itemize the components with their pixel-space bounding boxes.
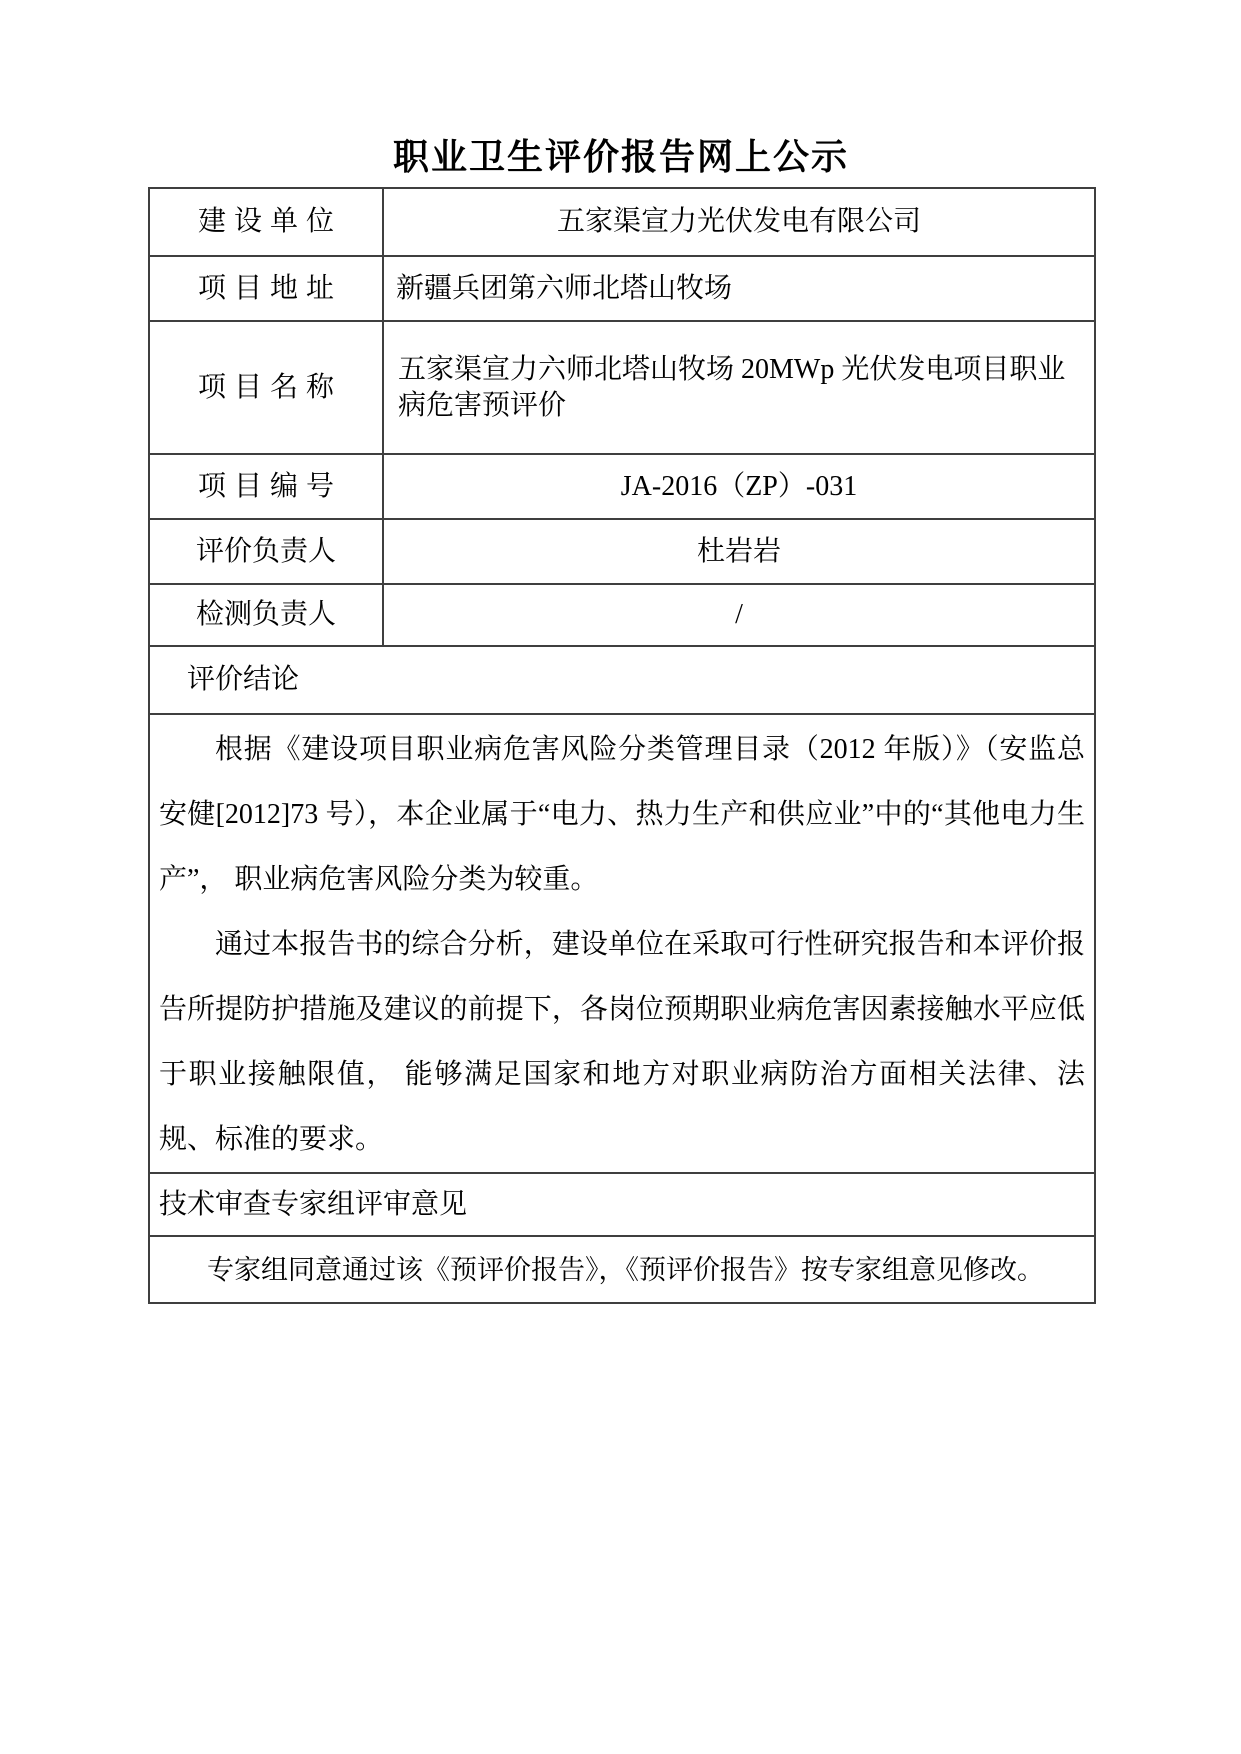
conclusion-section-header: 评价结论 xyxy=(149,646,1095,714)
field-label-testing-lead: 检测负责人 xyxy=(149,584,383,646)
table-row: 建设单位 五家渠宣力光伏发电有限公司 xyxy=(149,188,1095,256)
table-row: 根据《建设项目职业病危害风险分类管理目录（2012 年版）》（安监总安健[201… xyxy=(149,714,1095,1173)
field-value-testing-lead: / xyxy=(383,584,1095,646)
table-row: 项目名称 五家渠宣力六师北塔山牧场 20MWp 光伏发电项目职业病危害预评价 xyxy=(149,321,1095,454)
field-value-project-name: 五家渠宣力六师北塔山牧场 20MWp 光伏发电项目职业病危害预评价 xyxy=(383,321,1095,454)
document-title: 职业卫生评价报告网上公示 xyxy=(148,134,1094,180)
field-label-construction-unit: 建设单位 xyxy=(149,188,383,256)
field-label-evaluation-lead: 评价负责人 xyxy=(149,519,383,584)
field-value-construction-unit: 五家渠宣力光伏发电有限公司 xyxy=(383,188,1095,256)
expert-review-comment: 专家组同意通过该《预评价报告》，《预评价报告》按专家组意见修改。 xyxy=(159,1252,1094,1288)
conclusion-text-cell: 根据《建设项目职业病危害风险分类管理目录（2012 年版）》（安监总安健[201… xyxy=(149,714,1095,1173)
table-row: 技术审查专家组评审意见 xyxy=(149,1173,1095,1236)
expert-review-comment-cell: 专家组同意通过该《预评价报告》，《预评价报告》按专家组意见修改。 xyxy=(149,1236,1095,1303)
table-row: 评价结论 xyxy=(149,646,1095,714)
table-row: 项目编号 JA-2016（ZP）-031 xyxy=(149,454,1095,519)
table-row: 评价负责人 杜岩岩 xyxy=(149,519,1095,584)
table-row: 检测负责人 / xyxy=(149,584,1095,646)
field-label-project-address: 项目地址 xyxy=(149,256,383,321)
field-label-project-number: 项目编号 xyxy=(149,454,383,519)
report-info-table: 建设单位 五家渠宣力光伏发电有限公司 项目地址 新疆兵团第六师北塔山牧场 项目名… xyxy=(148,187,1096,1304)
field-value-project-address: 新疆兵团第六师北塔山牧场 xyxy=(383,256,1095,321)
report-publication-document: 职业卫生评价报告网上公示 建设单位 五家渠宣力光伏发电有限公司 项目地址 新疆兵… xyxy=(148,134,1094,1304)
expert-review-section-header: 技术审查专家组评审意见 xyxy=(149,1173,1095,1236)
conclusion-paragraph-1: 根据《建设项目职业病危害风险分类管理目录（2012 年版）》（安监总安健[201… xyxy=(159,717,1085,912)
table-row: 项目地址 新疆兵团第六师北塔山牧场 xyxy=(149,256,1095,321)
table-row: 专家组同意通过该《预评价报告》，《预评价报告》按专家组意见修改。 xyxy=(149,1236,1095,1303)
field-label-project-name: 项目名称 xyxy=(149,321,383,454)
field-value-project-number: JA-2016（ZP）-031 xyxy=(383,454,1095,519)
field-value-evaluation-lead: 杜岩岩 xyxy=(383,519,1095,584)
conclusion-paragraph-2: 通过本报告书的综合分析，建设单位在采取可行性研究报告和本评价报告所提防护措施及建… xyxy=(159,912,1085,1172)
